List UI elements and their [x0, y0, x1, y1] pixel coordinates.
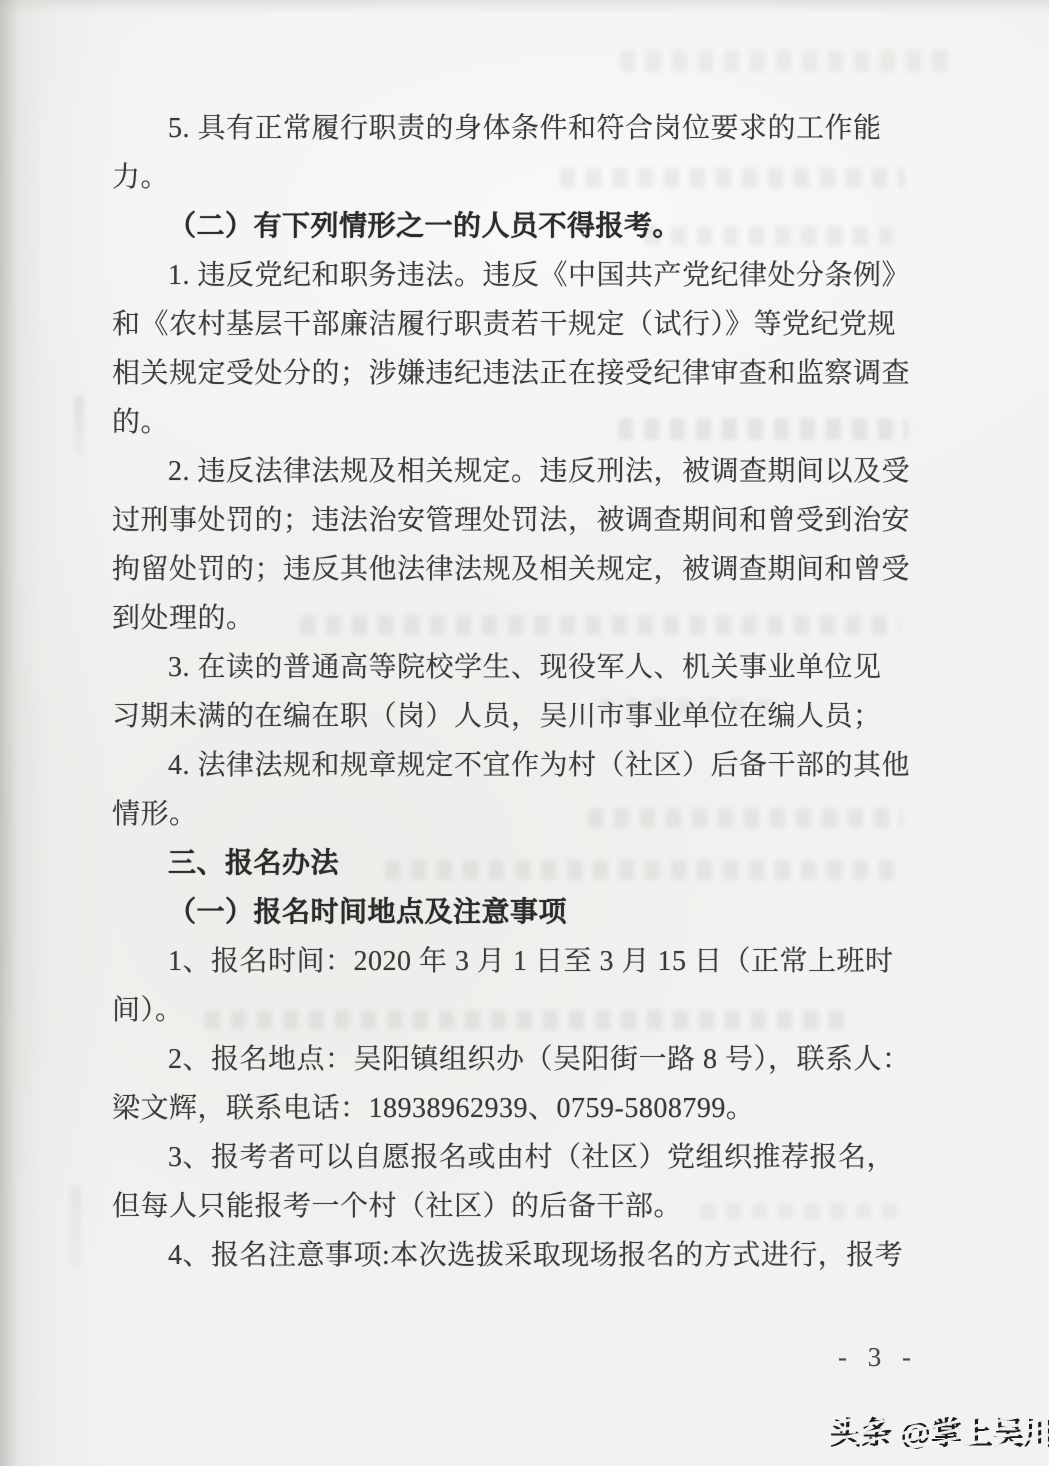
- watermark-text: 头条 @掌上吴川: [830, 1408, 1049, 1453]
- text-line: 1、报名时间：2020 年 3 月 1 日至 3 月 15 日（正常上班时: [112, 937, 932, 986]
- watermark: 头条 @掌上吴川: [826, 1402, 1049, 1454]
- text-line: 3、报考者可以自愿报名或由村（社区）党组织推荐报名，: [112, 1133, 932, 1182]
- text-line: 力。: [112, 153, 932, 202]
- text-line: 的。: [112, 398, 932, 447]
- text-line: 梁文辉，联系电话：18938962939、0759-5808799。: [112, 1084, 932, 1133]
- page-number: - 3 -: [838, 1342, 918, 1373]
- document-body: 5. 具有正常履行职责的身体条件和符合岗位要求的工作能力。（二）有下列情形之一的…: [112, 104, 932, 1280]
- text-line: 5. 具有正常履行职责的身体条件和符合岗位要求的工作能: [112, 104, 932, 153]
- text-line: 1. 违反党纪和职务违法。违反《中国共产党纪律处分条例》: [112, 251, 932, 300]
- scan-artifact: [74, 395, 84, 455]
- text-line: 情形。: [112, 790, 932, 839]
- heading-line: （一）报名时间地点及注意事项: [112, 888, 932, 937]
- text-line: 2. 违反法律法规及相关规定。违反刑法，被调查期间以及受: [112, 447, 932, 496]
- text-line: 相关规定受处分的；涉嫌违纪违法正在接受纪律审查和监察调查: [112, 349, 932, 398]
- text-line: 过刑事处罚的；违法治安管理处罚法，被调查期间和曾受到治安: [112, 496, 932, 545]
- scan-artifact: [620, 50, 950, 72]
- text-line: 习期未满的在编在职（岗）人员，吴川市事业单位在编人员；: [112, 692, 932, 741]
- text-line: 3. 在读的普通高等院校学生、现役军人、机关事业单位见: [112, 643, 932, 692]
- text-line: 2、报名地点：吴阳镇组织办（吴阳街一路 8 号），联系人：: [112, 1035, 932, 1084]
- scan-shadow-left: [0, 0, 115, 1466]
- text-line: 拘留处罚的；违反其他法律法规及相关规定，被调查期间和曾受: [112, 545, 932, 594]
- scan-artifact: [70, 1185, 81, 1270]
- scanned-document-page: 5. 具有正常履行职责的身体条件和符合岗位要求的工作能力。（二）有下列情形之一的…: [0, 0, 1049, 1466]
- text-line: 和《农村基层干部廉洁履行职责若干规定（试行）》等党纪党规: [112, 300, 932, 349]
- scan-shadow-top: [0, 0, 1049, 14]
- text-line: 到处理的。: [112, 594, 932, 643]
- heading-line: （二）有下列情形之一的人员不得报考。: [112, 202, 932, 251]
- text-line: 4、报名注意事项:本次选拔采取现场报名的方式进行，报考: [112, 1231, 932, 1280]
- heading-line: 三、报名办法: [112, 839, 932, 888]
- text-line: 但每人只能报考一个村（社区）的后备干部。: [112, 1182, 932, 1231]
- text-line: 间）。: [112, 986, 932, 1035]
- text-line: 4. 法律法规和规章规定不宜作为村（社区）后备干部的其他: [112, 741, 932, 790]
